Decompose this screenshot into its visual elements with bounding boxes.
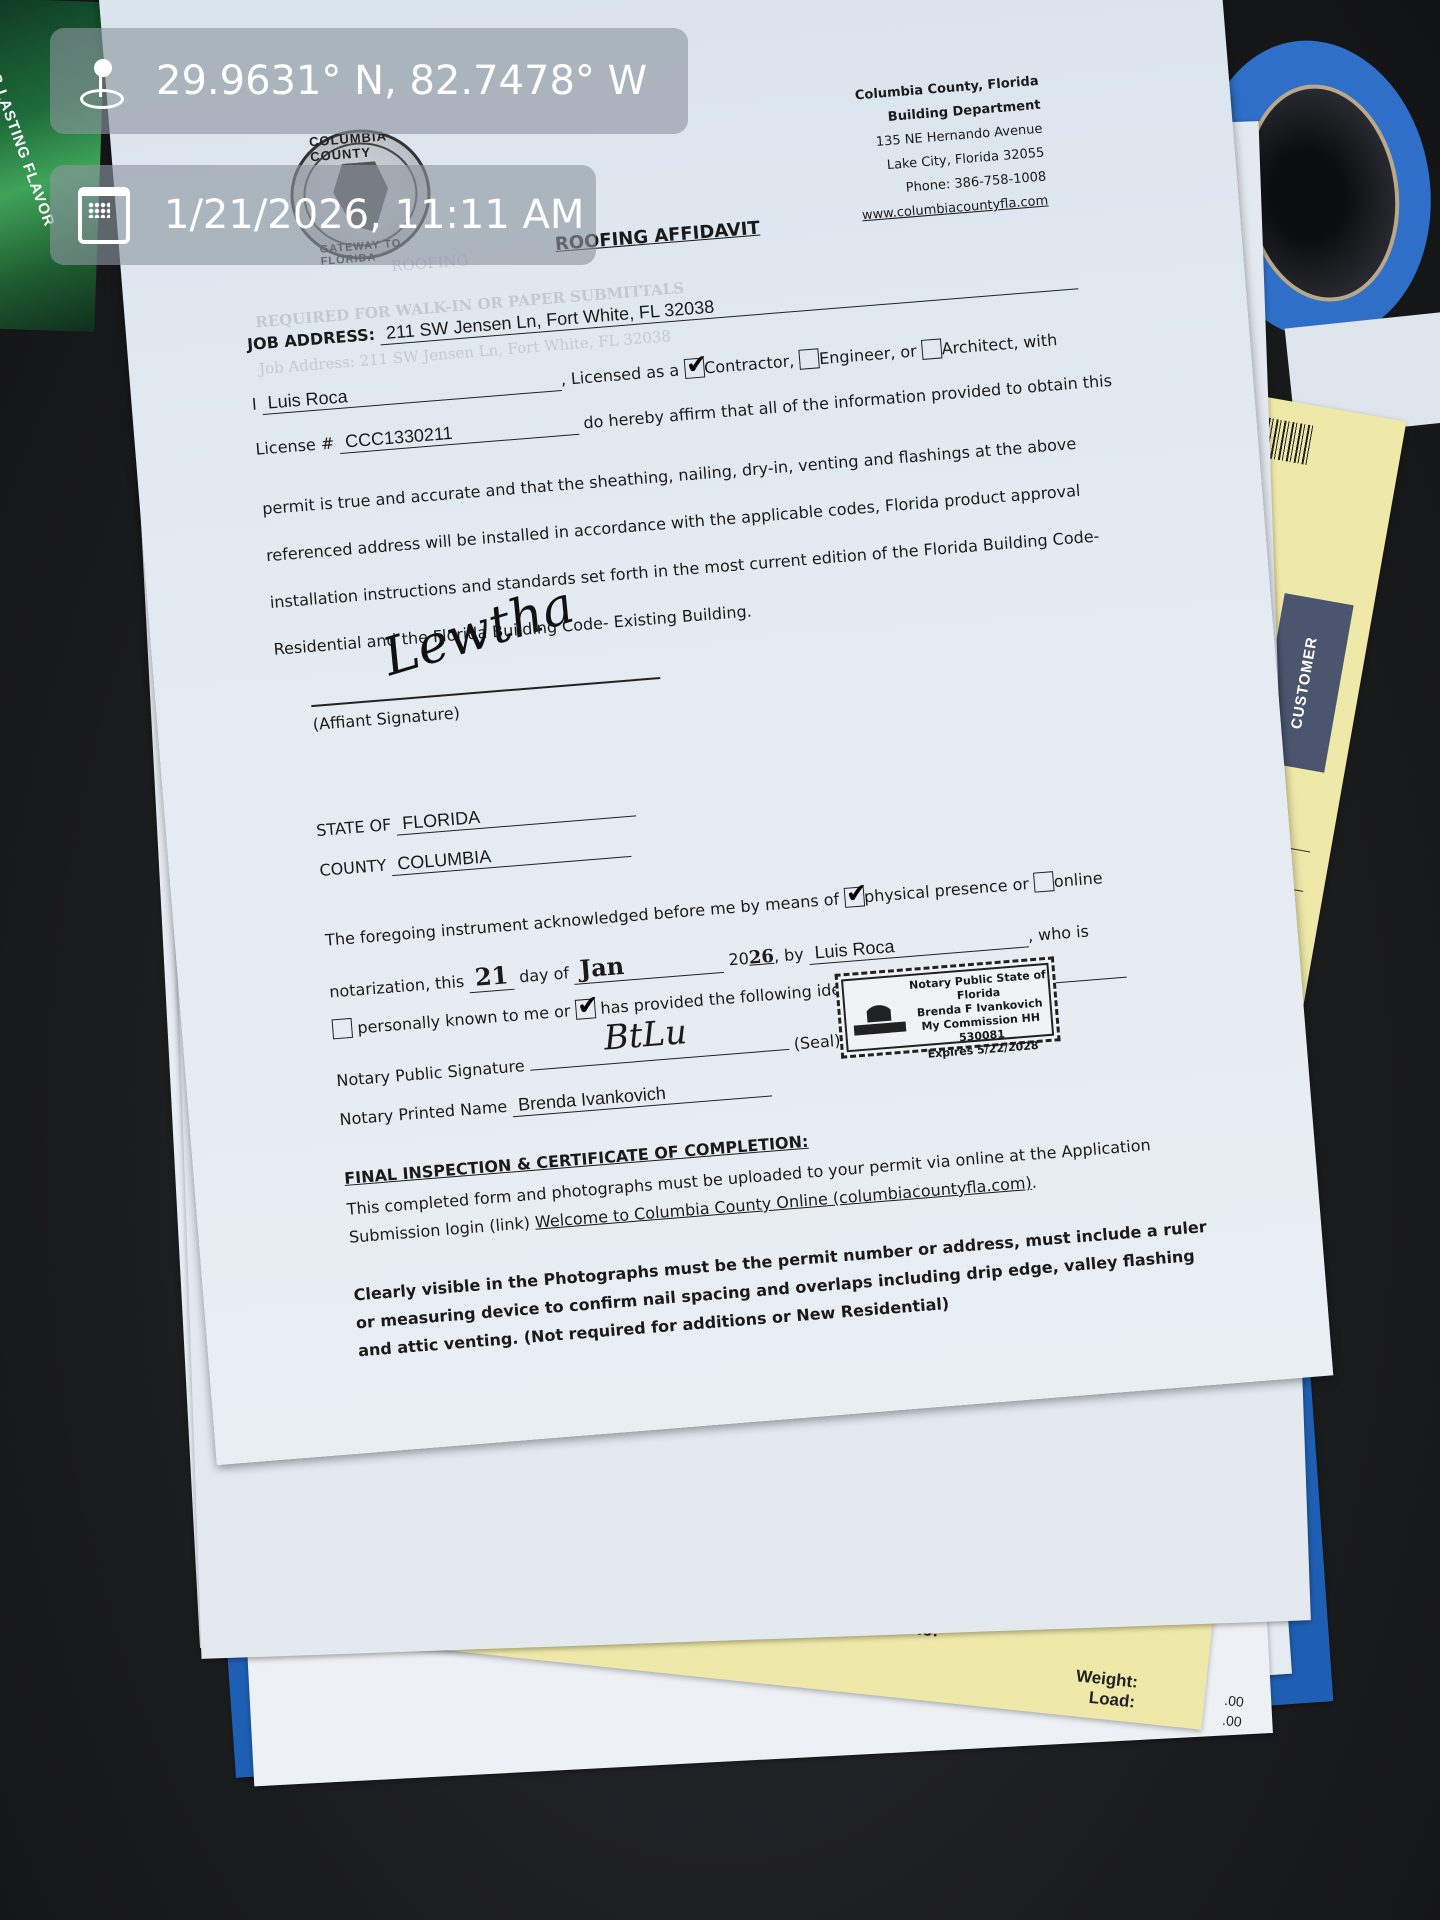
- affiant-name-field[interactable]: Luis Roca: [261, 369, 562, 415]
- load-value: .00: [1222, 1712, 1243, 1730]
- state-field[interactable]: FLORIDA: [395, 794, 636, 835]
- online-label: online: [1053, 868, 1103, 891]
- timestamp-overlay: 1/21/2026, 11:11 AM: [50, 165, 596, 265]
- year-field[interactable]: 26: [748, 946, 775, 969]
- physical-presence-checkbox[interactable]: [843, 886, 865, 908]
- affiant-signature-label: (Affiant Signature): [312, 703, 460, 734]
- load-label: Load:: [1088, 1688, 1136, 1713]
- coordinates-text: 29.9631° N, 82.7478° W: [156, 58, 647, 104]
- license-number-field[interactable]: CCC1330211: [338, 413, 579, 454]
- location-pin-icon: [78, 59, 122, 103]
- seal-label: (Seal): [793, 1031, 841, 1054]
- engineer-label: Engineer, or: [818, 341, 917, 368]
- year-prefix: 20: [728, 949, 750, 970]
- day-field[interactable]: 21: [468, 960, 515, 994]
- weight-value: .00: [1224, 1692, 1245, 1710]
- architect-label: Architect, with: [941, 330, 1058, 358]
- provided-id-checkbox[interactable]: [575, 998, 597, 1020]
- department-address-block: Columbia County, Florida Building Depart…: [852, 70, 1050, 229]
- datetime-text: 1/21/2026, 11:11 AM: [164, 192, 584, 238]
- affiant-prefix: I: [251, 395, 257, 414]
- engineer-checkbox[interactable]: [798, 348, 820, 370]
- notary-printed-name-label: Notary Printed Name: [339, 1097, 508, 1129]
- by-label: , by: [773, 944, 804, 965]
- architect-checkbox[interactable]: [921, 338, 943, 360]
- licensed-as-text: , Licensed as a: [560, 361, 680, 389]
- personally-known-checkbox[interactable]: [332, 1018, 354, 1040]
- county-label: COUNTY: [319, 856, 387, 880]
- customer-tab-label: CUSTOMER: [1288, 635, 1321, 730]
- state-row: STATE OF FLORIDA: [315, 794, 636, 842]
- contractor-checkbox[interactable]: [683, 358, 705, 380]
- geolocation-overlay: 29.9631° N, 82.7478° W: [50, 28, 688, 134]
- notary-signature: BtLu: [602, 1012, 688, 1059]
- contractor-label: Contractor,: [703, 351, 795, 377]
- by-name-field[interactable]: Luis Roca: [808, 925, 1029, 965]
- month-field[interactable]: Jan: [573, 943, 725, 985]
- day-of-label: day of: [518, 963, 569, 986]
- capitol-building-icon: [851, 994, 906, 1036]
- county-field[interactable]: COLUMBIA: [391, 835, 632, 876]
- who-is-label: , who is: [1027, 921, 1089, 945]
- county-row: COUNTY COLUMBIA: [319, 835, 632, 882]
- notary-stamp: Notary Public State of Florida Brenda F …: [835, 956, 1061, 1058]
- license-label: License #: [255, 433, 335, 458]
- online-checkbox[interactable]: [1033, 871, 1055, 893]
- personally-known-label: personally known to me or: [357, 1001, 571, 1037]
- notarization-label: notarization, this: [329, 972, 465, 1002]
- final-para-end: .: [1031, 1172, 1038, 1191]
- calendar-icon: [78, 187, 130, 244]
- notary-printed-name-field[interactable]: Brenda Ivankovich: [511, 1074, 772, 1117]
- notary-signature-label: Notary Public Signature: [336, 1056, 526, 1090]
- affiant-signature-line[interactable]: [311, 677, 660, 707]
- physical-presence-label: physical presence or: [863, 874, 1029, 906]
- state-label: STATE OF: [316, 815, 392, 840]
